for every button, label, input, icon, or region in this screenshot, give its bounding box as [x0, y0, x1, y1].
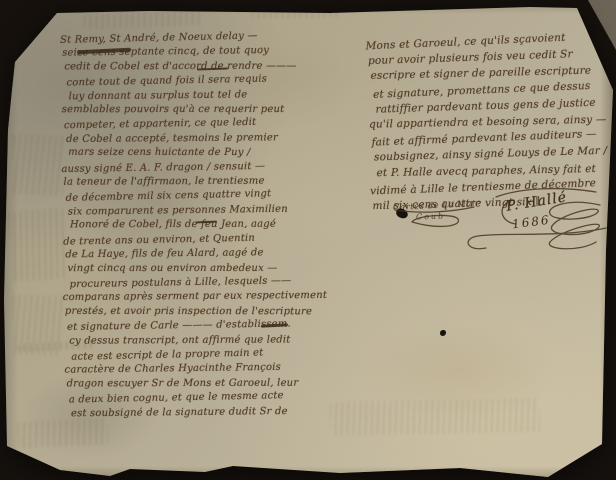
- paper-stain: [360, 320, 560, 420]
- show-through-mark: [84, 11, 202, 29]
- manuscript-line: de Cobel a accepté, tesmoins le premier: [66, 131, 318, 147]
- marginal-note-line2: Coub: [416, 211, 446, 221]
- manuscript-line: de La Haye, fils de feu Alard, aagé de: [65, 246, 317, 263]
- show-through-mark: [10, 134, 65, 197]
- right-text-column: Mons et Garoeul, ce qu'ils sçavoientpour…: [369, 29, 612, 215]
- left-text-column: St Remy, St André, de Noeux delay —seize…: [64, 30, 320, 422]
- show-through-mark: [330, 398, 541, 436]
- signature-year: 1686: [511, 213, 551, 232]
- ink-blot: [440, 330, 446, 336]
- show-through-mark: [252, 5, 340, 19]
- show-through-mark: [18, 418, 109, 447]
- paper-wrapper: St Remy, St André, de Noeux delay —seize…: [0, 0, 616, 480]
- show-through-mark: [11, 294, 63, 356]
- manuscript-line: luy donnant au surplus tout tel de: [69, 87, 321, 104]
- manuscript-page: St Remy, St André, de Noeux delay —seize…: [0, 0, 616, 480]
- show-through-mark: [8, 208, 69, 282]
- manuscript-line: comparans après serment par eux respecti…: [63, 289, 315, 305]
- manuscript-line: est soubsigné de la signature dudit Sr d…: [71, 404, 323, 421]
- manuscript-scan: St Remy, St André, de Noeux delay —seize…: [0, 0, 616, 480]
